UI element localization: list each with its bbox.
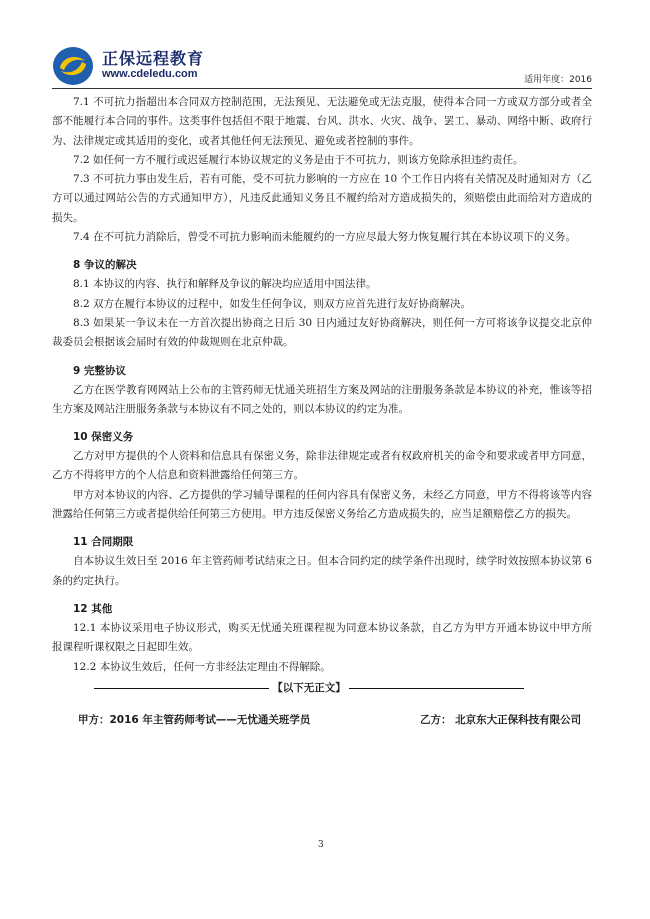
clause-8-3: 8.3 如果某一争议未在一方首次提出协商之日后 30 日内通过友好协商解决，则任… <box>52 314 592 353</box>
clause-8-1: 8.1 本协议的内容、执行和解释及争议的解决均应适用中国法律。 <box>52 275 592 294</box>
clause-12-1: 12.1 本协议采用电子协议形式，购买无忧通关班课程视为同意本协议条款，自乙方为… <box>52 619 592 658</box>
section-10-title: 10 保密义务 <box>52 428 592 447</box>
section-8-title: 8 争议的解决 <box>52 256 592 275</box>
clause-11: 自本协议生效日至 2016 年主管药师考试结束之日。但本合同约定的续学条件出现时… <box>52 552 592 591</box>
divider-rule-right <box>349 688 524 689</box>
party-a-signature: 甲方：2016 年主管药师考试——无忧通关班学员 <box>78 712 310 727</box>
section-12-title: 12 其他 <box>52 600 592 619</box>
page-number: 3 <box>318 840 324 850</box>
clause-12-2: 12.2 本协议生效后，任何一方非经法定理由不得解除。 <box>52 658 592 677</box>
clause-7-2: 7.2 如任何一方不履行或迟延履行本协议规定的义务是由于不可抗力，则该方免除承担… <box>52 151 592 170</box>
clause-7-1: 7.1 不可抗力指超出本合同双方控制范围，无法预见、无法避免或无法克服，使得本合… <box>52 93 592 151</box>
brand-name: 正保远程教育 <box>102 46 204 69</box>
clause-7-4: 7.4 在不可抗力消除后，曾受不可抗力影响而未能履约的一方应尽最大努力恢复履行其… <box>52 228 592 247</box>
section-9-title: 9 完整协议 <box>52 362 592 381</box>
party-b-signature: 乙方： 北京东大正保科技有限公司 <box>420 712 581 727</box>
section-11-title: 11 合同期限 <box>52 533 592 552</box>
end-of-text-divider: 【以下无正文】 <box>66 680 552 695</box>
clause-10-1: 乙方对甲方提供的个人资料和信息具有保密义务，除非法律规定或者有权政府机关的命令和… <box>52 447 592 486</box>
document-body: 7.1 不可抗力指超出本合同双方控制范围，无法预见、无法避免或无法克服，使得本合… <box>52 93 592 677</box>
divider-rule-left <box>94 688 269 689</box>
clause-9: 乙方在医学教育网网站上公布的主管药师无忧通关班招生方案及网站的注册服务条款是本协… <box>52 381 592 420</box>
clause-10-2: 甲方对本协议的内容、乙方提供的学习辅导课程的任何内容具有保密义务，未经乙方同意，… <box>52 486 592 525</box>
clause-8-2: 8.2 双方在履行本协议的过程中，如发生任何争议，则双方应首先进行友好协商解决。 <box>52 295 592 314</box>
page-header: 正保远程教育 www.cdeledu.com 适用年度：2016 <box>52 44 592 86</box>
header-divider <box>52 88 592 89</box>
applicable-year: 适用年度：2016 <box>524 72 592 85</box>
clause-7-3: 7.3 不可抗力事由发生后，若有可能，受不可抗力影响的一方应在 10 个工作日内… <box>52 170 592 228</box>
brand-url: www.cdeledu.com <box>102 68 198 80</box>
divider-label: 【以下无正文】 <box>272 682 346 694</box>
cdeledu-logo-icon <box>52 46 94 86</box>
